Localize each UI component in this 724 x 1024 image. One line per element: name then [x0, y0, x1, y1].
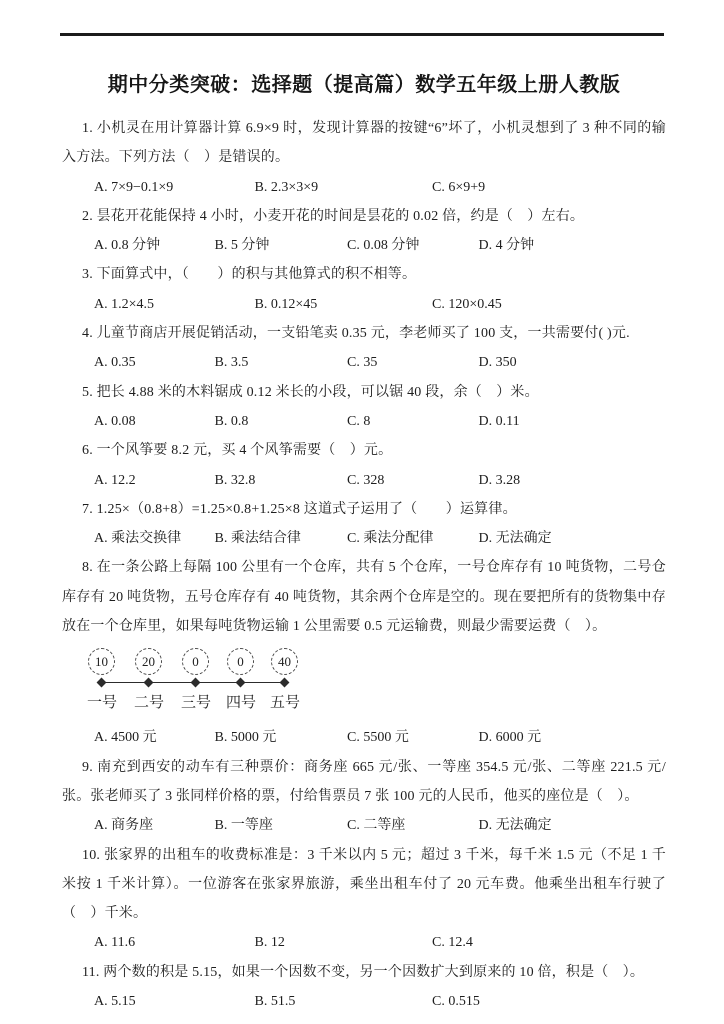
warehouse-3-label: 三号: [176, 691, 216, 712]
option-a: A. 5.15: [94, 987, 251, 1016]
option-a: A. 11.6: [94, 928, 251, 957]
warehouse-2-tons: 20: [135, 648, 162, 675]
road-point-icon: [97, 678, 107, 688]
option-b: B. 2.3×3×9: [255, 173, 429, 202]
option-a: A. 4500 元: [94, 723, 211, 752]
question-5-options: A. 0.08 B. 0.8 C. 8 D. 0.11: [62, 407, 666, 436]
question-8: 8. 在一条公路上每隔 100 公里有一个仓库，共有 5 个仓库，一号仓库存有 …: [62, 553, 666, 752]
option-c: C. 5500 元: [347, 723, 475, 752]
question-1: 1. 小机灵在用计算器计算 6.9×9 时，发现计算器的按键“6”坏了，小机灵想…: [62, 114, 666, 202]
page-title: 期中分类突破：选择题（提高篇）数学五年级上册人教版: [62, 70, 666, 100]
warehouse-3-tons: 0: [182, 648, 209, 675]
road-point-icon: [236, 678, 246, 688]
question-9: 9. 南充到西安的动车有三种票价：商务座 665 元/张、一等座 354.5 元…: [62, 753, 666, 841]
option-b: B. 51.5: [255, 987, 429, 1016]
question-2-options: A. 0.8 分钟 B. 5 分钟 C. 0.08 分钟 D. 4 分钟: [62, 231, 666, 260]
option-d: D. 350: [479, 348, 517, 377]
option-a: A. 0.8 分钟: [94, 231, 211, 260]
question-10: 10. 张家界的出租车的收费标准是：3 千米以内 5 元；超过 3 千米，每千米…: [62, 841, 666, 958]
option-c: C. 乘法分配律: [347, 524, 475, 553]
option-d: D. 4 分钟: [479, 231, 535, 260]
option-b: B. 一等座: [215, 811, 344, 840]
option-a: A. 商务座: [94, 811, 211, 840]
option-c: C. 35: [347, 348, 475, 377]
option-b: B. 0.12×45: [255, 290, 429, 319]
warehouse-5-label: 五号: [265, 691, 305, 712]
warehouse-5-tons: 40: [271, 648, 298, 675]
option-b: B. 乘法结合律: [215, 524, 344, 553]
warehouse-1-tons: 10: [88, 648, 115, 675]
option-d: D. 0.11: [479, 407, 520, 436]
question-4-options: A. 0.35 B. 3.5 C. 35 D. 350: [62, 348, 666, 377]
question-2-text: 2. 昙花开花能保持 4 小时，小麦开花的时间是昙花的 0.02 倍，约是（ ）…: [62, 202, 666, 231]
warehouse-4-label: 四号: [221, 691, 261, 712]
option-b: B. 12: [255, 928, 429, 957]
option-c: C. 120×0.45: [432, 290, 502, 319]
question-7-text: 7. 1.25×（0.8+8）=1.25×0.8+1.25×8 这道式子运用了（…: [62, 495, 666, 524]
option-a: A. 乘法交换律: [94, 524, 211, 553]
option-c: C. 8: [347, 407, 475, 436]
warehouse-2-label: 二号: [129, 691, 169, 712]
question-3: 3. 下面算式中，（ ）的积与其他算式的积不相等。 A. 1.2×4.5 B. …: [62, 260, 666, 319]
warehouse-diagram: 10 20 0 0 40 一号 二号 三号 四号 五号: [88, 645, 328, 721]
option-c: C. 0.08 分钟: [347, 231, 475, 260]
question-7: 7. 1.25×（0.8+8）=1.25×0.8+1.25×8 这道式子运用了（…: [62, 495, 666, 554]
question-5: 5. 把长 4.88 米的木料锯成 0.12 米长的小段，可以锯 40 段，余（…: [62, 378, 666, 437]
road-point-icon: [144, 678, 154, 688]
option-d: D. 6000 元: [479, 723, 542, 752]
option-d: D. 无法确定: [479, 524, 552, 553]
option-a: A. 0.08: [94, 407, 211, 436]
option-a: A. 0.35: [94, 348, 211, 377]
option-a: A. 1.2×4.5: [94, 290, 251, 319]
option-a: A. 12.2: [94, 466, 211, 495]
option-c: C. 328: [347, 466, 475, 495]
road-point-icon: [191, 678, 201, 688]
question-5-text: 5. 把长 4.88 米的木料锯成 0.12 米长的小段，可以锯 40 段，余（…: [62, 378, 666, 407]
option-d: D. 3.28: [479, 466, 521, 495]
question-11: 11. 两个数的积是 5.15，如果一个因数不变，另一个因数扩大到原来的 10 …: [62, 958, 666, 1017]
question-10-text: 10. 张家界的出租车的收费标准是：3 千米以内 5 元；超过 3 千米，每千米…: [62, 841, 666, 929]
question-3-text: 3. 下面算式中，（ ）的积与其他算式的积不相等。: [62, 260, 666, 289]
question-9-options: A. 商务座 B. 一等座 C. 二等座 D. 无法确定: [62, 811, 666, 840]
option-b: B. 0.8: [215, 407, 344, 436]
question-8-text: 8. 在一条公路上每隔 100 公里有一个仓库，共有 5 个仓库，一号仓库存有 …: [62, 553, 666, 641]
question-6: 6. 一个风筝要 8.2 元，买 4 个风筝需要（ ）元。 A. 12.2 B.…: [62, 436, 666, 495]
question-6-text: 6. 一个风筝要 8.2 元，买 4 个风筝需要（ ）元。: [62, 436, 666, 465]
option-c: C. 6×9+9: [432, 173, 485, 202]
question-10-options: A. 11.6 B. 12 C. 12.4: [62, 928, 666, 957]
worksheet-page: 期中分类突破：选择题（提高篇）数学五年级上册人教版 1. 小机灵在用计算器计算 …: [62, 0, 666, 1016]
question-2: 2. 昙花开花能保持 4 小时，小麦开花的时间是昙花的 0.02 倍，约是（ ）…: [62, 202, 666, 261]
question-11-text: 11. 两个数的积是 5.15，如果一个因数不变，另一个因数扩大到原来的 10 …: [62, 958, 666, 987]
warehouse-4-tons: 0: [227, 648, 254, 675]
option-b: B. 3.5: [215, 348, 344, 377]
question-3-options: A. 1.2×4.5 B. 0.12×45 C. 120×0.45: [62, 290, 666, 319]
question-6-options: A. 12.2 B. 32.8 C. 328 D. 3.28: [62, 466, 666, 495]
question-7-options: A. 乘法交换律 B. 乘法结合律 C. 乘法分配律 D. 无法确定: [62, 524, 666, 553]
question-4-text: 4. 儿童节商店开展促销活动，一支铅笔卖 0.35 元，李老师买了 100 支，…: [62, 319, 666, 348]
option-c: C. 0.515: [432, 987, 480, 1016]
option-c: C. 二等座: [347, 811, 475, 840]
question-4: 4. 儿童节商店开展促销活动，一支铅笔卖 0.35 元，李老师买了 100 支，…: [62, 319, 666, 378]
question-1-text: 1. 小机灵在用计算器计算 6.9×9 时，发现计算器的按键“6”坏了，小机灵想…: [62, 114, 666, 173]
option-b: B. 5 分钟: [215, 231, 344, 260]
option-d: D. 无法确定: [479, 811, 552, 840]
question-1-options: A. 7×9−0.1×9 B. 2.3×3×9 C. 6×9+9: [62, 173, 666, 202]
warehouse-1-label: 一号: [82, 691, 122, 712]
road-point-icon: [280, 678, 290, 688]
option-c: C. 12.4: [432, 928, 473, 957]
question-8-options: A. 4500 元 B. 5000 元 C. 5500 元 D. 6000 元: [62, 723, 666, 752]
option-a: A. 7×9−0.1×9: [94, 173, 251, 202]
option-b: B. 32.8: [215, 466, 344, 495]
option-b: B. 5000 元: [215, 723, 344, 752]
question-11-options: A. 5.15 B. 51.5 C. 0.515: [62, 987, 666, 1016]
question-9-text: 9. 南充到西安的动车有三种票价：商务座 665 元/张、一等座 354.5 元…: [62, 753, 666, 812]
